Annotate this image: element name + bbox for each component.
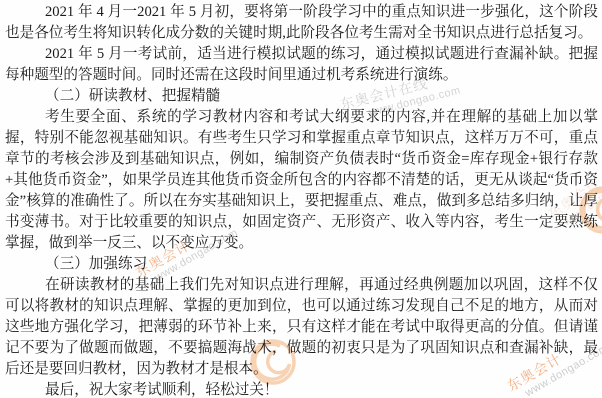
paragraph-study-textbook: 考生要全面、系统的学习教材内容和考试大纲要求的内容,并在理解的基础上加以掌握，特… xyxy=(5,107,598,254)
paragraph-practice: 在研读教材的基础上我们先对知识点进行理解，再通过经典例题加以巩固，这样不仅可以将… xyxy=(5,275,598,380)
paragraph-closing-wish: 最后，祝大家考试顺利，轻松过关！ xyxy=(5,380,598,398)
heading-section-3: （三）加强练习 xyxy=(5,254,598,275)
paragraph-mock-exams: 2021 年 5 月一考试前，适当进行模拟试题的练习，通过模拟试题进行查漏补缺。… xyxy=(5,44,598,86)
heading-section-2: （二）研读教材、把握精髓 xyxy=(5,86,598,107)
document-page: 东奥会计在线 www.dongao.com 东奥会计 www.dongao.co… xyxy=(0,0,602,398)
paragraph-phase1-review: 2021 年 4 月一2021 年 5 月初，要将第一阶段学习中的重点知识进一步… xyxy=(5,2,598,44)
document-text: 2021 年 4 月一2021 年 5 月初，要将第一阶段学习中的重点知识进一步… xyxy=(5,2,598,398)
